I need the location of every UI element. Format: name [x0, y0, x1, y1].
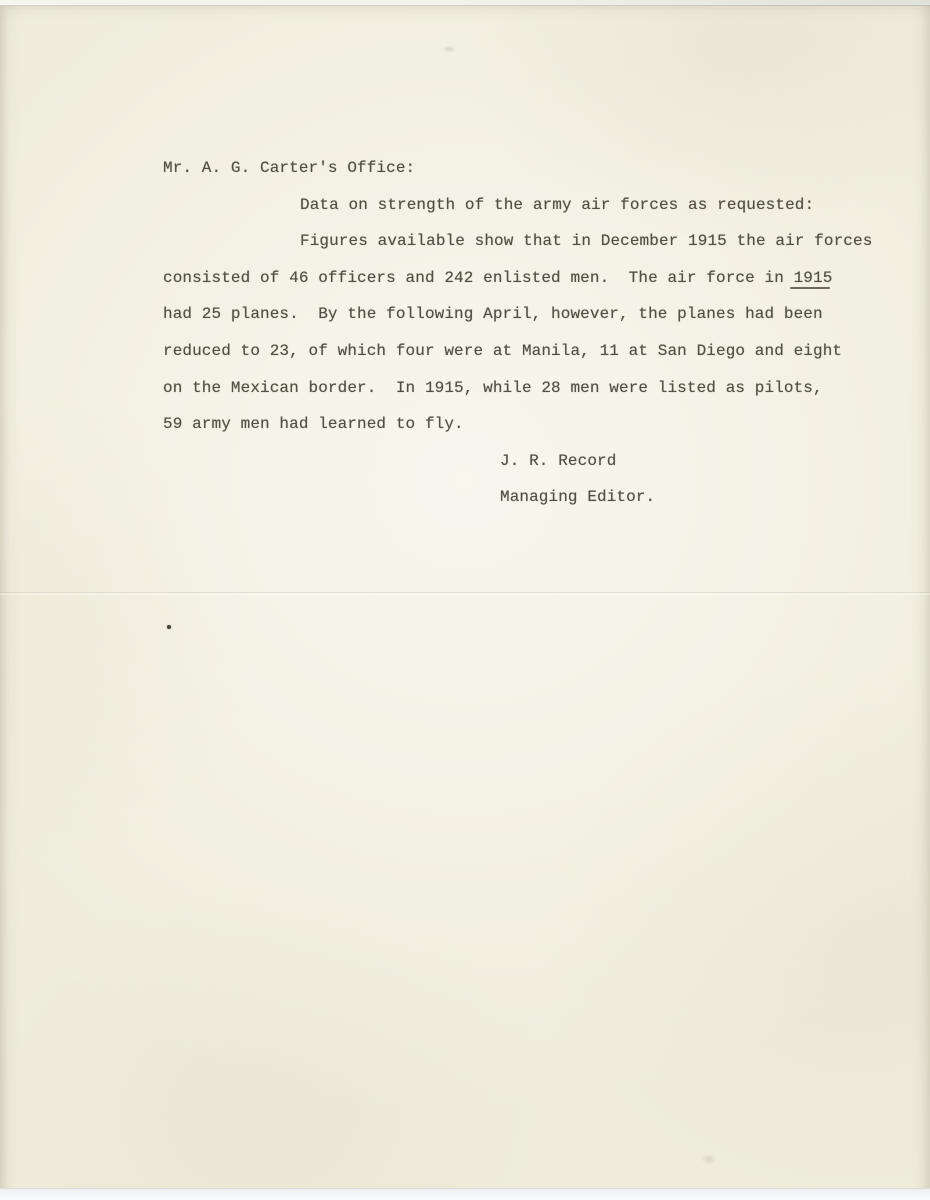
signature-title: Managing Editor.	[163, 479, 883, 516]
letter-line: reduced to 23, of which four were at Man…	[163, 333, 883, 370]
letter-line: had 25 planes. By the following April, h…	[163, 296, 883, 333]
paper-smudge	[440, 44, 458, 54]
salutation: Mr. A. G. Carter's Office:	[163, 150, 883, 187]
letter-text: Mr. A. G. Carter's Office: Data on stren…	[163, 150, 883, 516]
scanned-letter-page: Mr. A. G. Carter's Office: Data on stren…	[0, 0, 930, 1200]
scan-bottom-edge	[0, 1188, 930, 1200]
letter-line: Data on strength of the army air forces …	[163, 187, 883, 224]
letter-line: 59 army men had learned to fly.	[163, 406, 883, 443]
letter-line: consisted of 46 officers and 242 enliste…	[163, 260, 883, 297]
fold-crease	[0, 592, 930, 595]
typed-underline-mark	[790, 287, 830, 289]
ink-speck	[167, 625, 171, 629]
letter-line: on the Mexican border. In 1915, while 28…	[163, 370, 883, 407]
scan-top-edge	[0, 0, 930, 6]
signature-name: J. R. Record	[163, 443, 883, 480]
paper-smudge	[698, 1152, 720, 1166]
letter-line: Figures available show that in December …	[163, 223, 883, 260]
